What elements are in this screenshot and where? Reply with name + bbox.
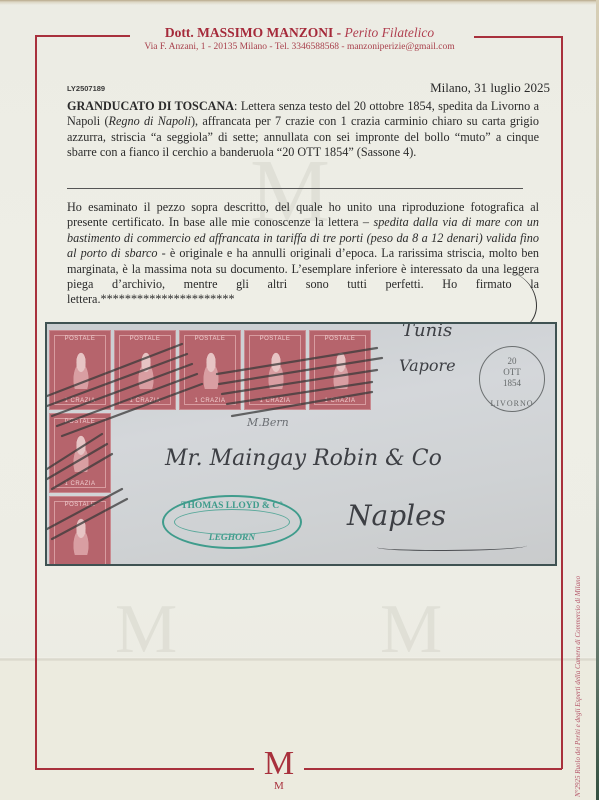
stamp-value-label: 1 CRAZIA [58, 564, 102, 566]
handwritten-route: Tunis [402, 322, 452, 341]
paper-fold-line [0, 657, 599, 661]
stamp-top-label: POSTALE [58, 502, 102, 508]
frame-border [35, 768, 254, 770]
description-italic: Regno di Napoli [109, 114, 191, 128]
registry-note: N°2925 Ruolo dei Periti e degli Esperti … [574, 576, 582, 797]
marzocco-lion-icon [198, 351, 224, 389]
stamp-1-crazia: POSTALE1 CRAZIA [49, 496, 111, 566]
separator: - [333, 25, 344, 40]
stamp-1-crazia: POSTALE1 CRAZIA [49, 330, 111, 410]
stamp-1-crazia: POSTALE1 CRAZIA [244, 330, 306, 410]
livorno-postmark: 20 OTT 1854 LIVORNO [479, 346, 545, 412]
postmark-day: 20 [480, 356, 544, 367]
letter-photo: POSTALE1 CRAZIAPOSTALE1 CRAZIAPOSTALE1 C… [45, 322, 557, 566]
stamp-value-label: 1 CRAZIA [58, 481, 102, 487]
description-paragraph: GRANDUCATO DI TOSCANA: Lettera senza tes… [67, 99, 539, 161]
stamp-1-crazia: POSTALE1 CRAZIA [114, 330, 176, 410]
marzocco-lion-icon [328, 351, 354, 389]
handwritten-flourish [377, 542, 527, 551]
postmark-month: OTT [480, 367, 544, 378]
pencil-note: M.Bern [247, 416, 289, 429]
stamp-value-label: 1 CRAZIA [58, 398, 102, 404]
stamp-top-label: POSTALE [58, 336, 102, 342]
postmark-city: LIVORNO [484, 398, 540, 409]
frame-border [35, 35, 37, 770]
certificate-date: Milano, 31 luglio 2025 [290, 80, 550, 96]
stamp-top-label: POSTALE [123, 336, 167, 342]
frame-border [561, 36, 563, 769]
thomas-lloyd-stamp: THOMAS LLOYD & C° LEGHORN [162, 495, 302, 549]
marzocco-lion-icon [68, 351, 94, 389]
opinion-paragraph: Ho esaminato il pezzo sopra descritto, d… [67, 200, 539, 308]
description-heading: GRANDUCATO DI TOSCANA [67, 99, 234, 113]
marzocco-lion-icon [68, 517, 94, 555]
stamp-1-crazia: POSTALE1 CRAZIA [49, 413, 111, 493]
expert-address: Via F. Anzani, 1 - 20135 Milano - Tel. 3… [0, 42, 599, 52]
stamp-top-label: POSTALE [318, 336, 362, 342]
handwritten-city: Naples [347, 499, 446, 532]
handwritten-route: Vapore [399, 356, 456, 375]
handwritten-addressee: Mr. Maingay Robin & Co [165, 446, 442, 471]
expert-title: Dott. MASSIMO MANZONI [165, 25, 333, 40]
stamp-value-label: 1 CRAZIA [253, 398, 297, 404]
monogram-logo: M M [255, 744, 303, 786]
certificate-id: LY2507189 [67, 84, 105, 93]
certificate-page: M M M Dott. MASSIMO MANZONI - Perito Fil… [0, 0, 599, 800]
stamp-value-label: 1 CRAZIA [123, 398, 167, 404]
stamp-top-label: POSTALE [188, 336, 232, 342]
stamp-top-label: POSTALE [253, 336, 297, 342]
letterhead: Dott. MASSIMO MANZONI - Perito Filatelic… [0, 25, 599, 52]
marzocco-lion-icon [68, 434, 94, 472]
firm-stamp-name: THOMAS LLOYD & C° [164, 501, 300, 511]
stamp-value-label: 1 CRAZIA [318, 398, 362, 404]
stamp-top-label: POSTALE [58, 419, 102, 425]
marzocco-lion-icon [133, 351, 159, 389]
expert-role: Perito Filatelico [345, 25, 435, 40]
marzocco-lion-icon [263, 351, 289, 389]
stamp-1-crazia: POSTALE1 CRAZIA [309, 330, 371, 410]
monogram-small-letter: M [274, 766, 284, 800]
stamp-1-crazia: POSTALE1 CRAZIA [179, 330, 241, 410]
firm-stamp-city: LEGHORN [164, 533, 300, 543]
postmark-year: 1854 [480, 378, 544, 389]
frame-border [304, 768, 562, 770]
stamp-value-label: 1 CRAZIA [188, 398, 232, 404]
expert-name: Dott. MASSIMO MANZONI - Perito Filatelic… [0, 25, 599, 41]
section-divider [67, 188, 523, 189]
